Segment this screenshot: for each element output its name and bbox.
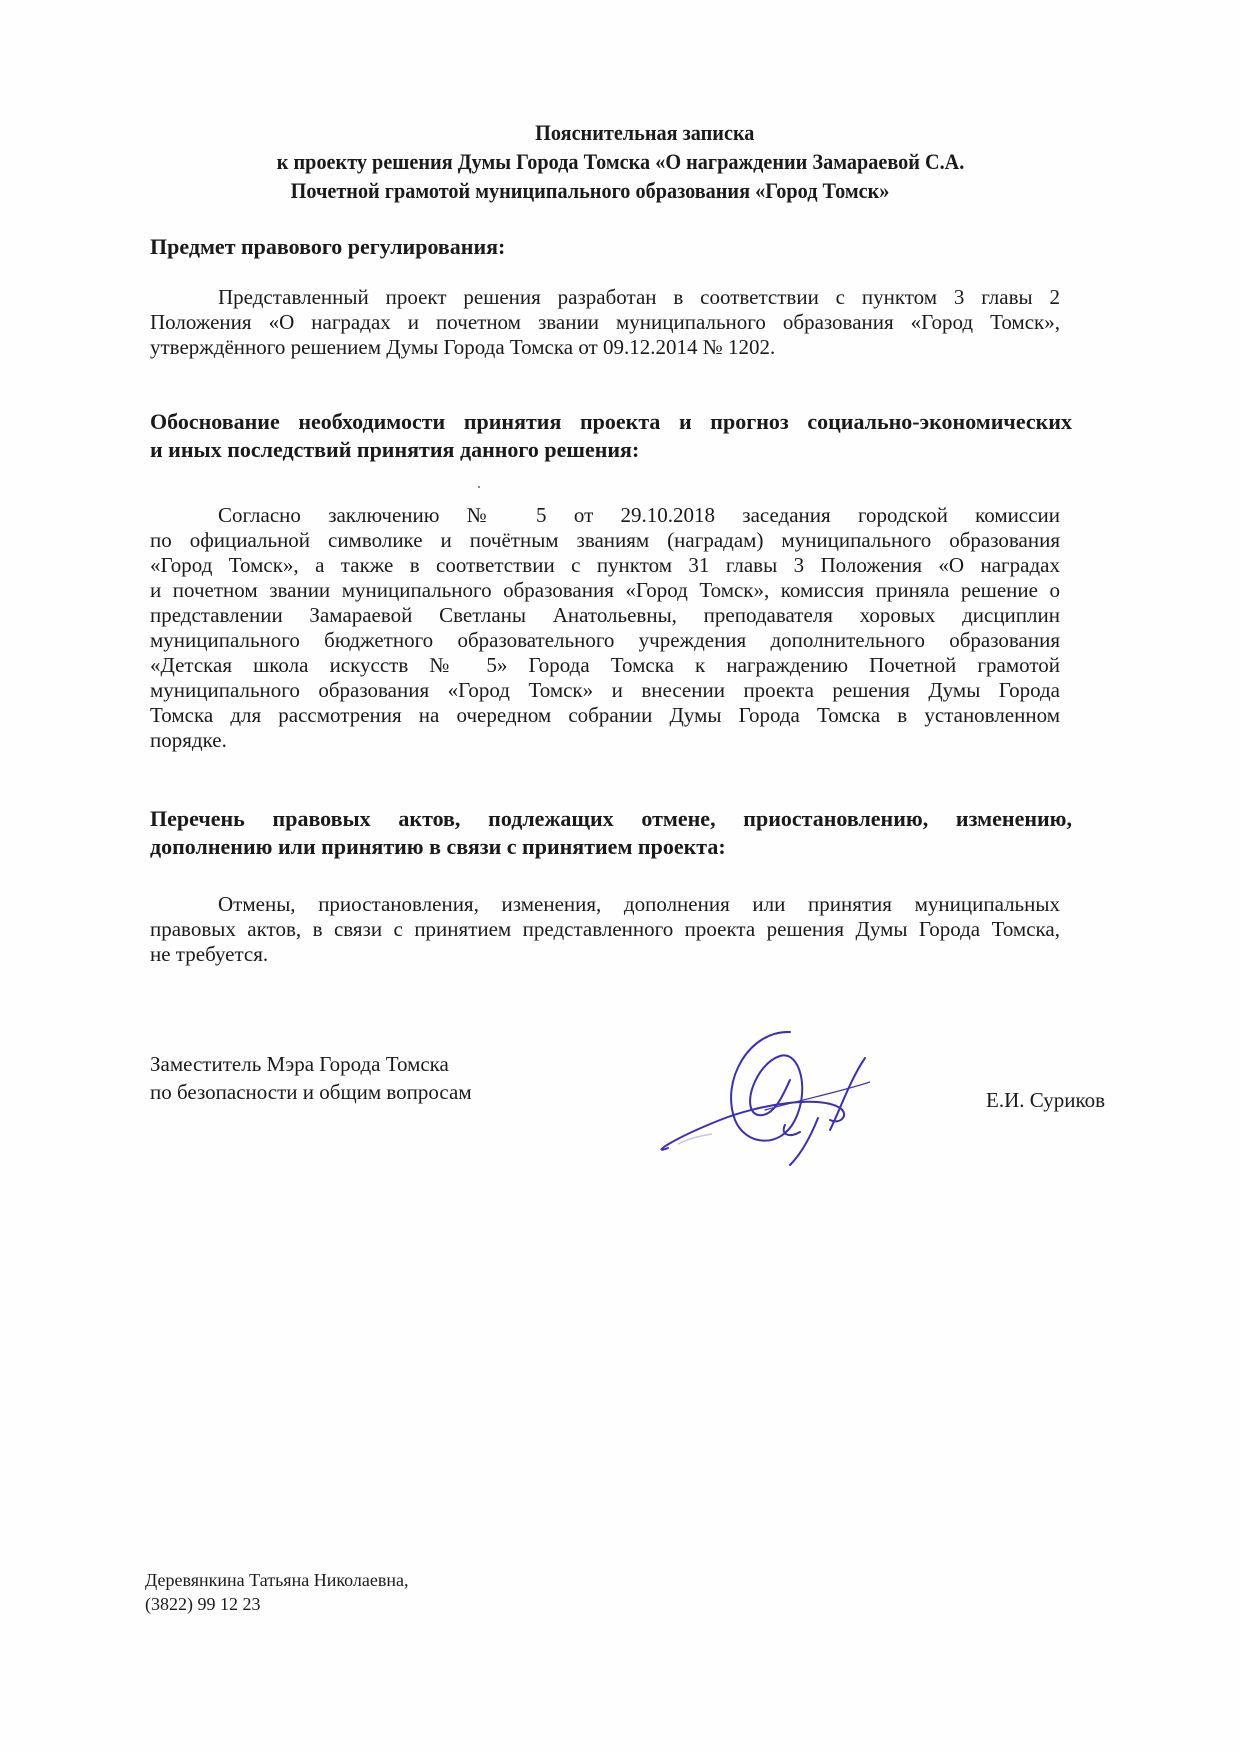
paragraph-line: Отмены, приостановления, изменения, допо… — [150, 892, 1060, 917]
title-line-2: к проекту решения Думы Города Томска «О … — [240, 147, 1040, 176]
section-heading-justification: Обоснование необходимости принятия проек… — [150, 408, 1072, 464]
paragraph-line: «Детская школа искусств № 5» Города Томс… — [150, 653, 1060, 678]
paragraph-line: правовых актов, в связи с принятием пред… — [150, 917, 1060, 942]
paragraph-line: порядке. — [150, 728, 1060, 753]
document-page: Пояснительная записка к проекту решения … — [0, 0, 1240, 1753]
section-paragraph-legal-acts: Отмены, приостановления, изменения, допо… — [150, 892, 1060, 967]
paragraph-line: Согласно заключению № 5 от 29.10.2018 за… — [150, 503, 1060, 528]
paragraph-line: утверждённого решением Думы Города Томск… — [150, 335, 1060, 360]
paragraph-line: и почетном звании муниципального образов… — [150, 578, 1060, 603]
signatory-position: Заместитель Мэра Города Томска по безопа… — [150, 1050, 472, 1106]
section-heading-legal-acts: Перечень правовых актов, подлежащих отме… — [150, 805, 1072, 861]
heading-line: Обоснование необходимости принятия проек… — [150, 408, 1072, 436]
title-line-1: Пояснительная записка — [240, 118, 1040, 147]
contact-block: Деревянкина Татьяна Николаевна, (3822) 9… — [145, 1568, 409, 1616]
contact-name: Деревянкина Татьяна Николаевна, — [145, 1568, 409, 1592]
paragraph-line: Томска для рассмотрения на очередном соб… — [150, 703, 1060, 728]
section-paragraph-subject: Представленный проект решения разработан… — [150, 285, 1060, 360]
section-paragraph-justification: Согласно заключению № 5 от 29.10.2018 за… — [150, 503, 1060, 753]
signatory-name: Е.И. Суриков — [986, 1088, 1105, 1113]
heading-line: Предмет правового регулирования: — [150, 234, 505, 259]
section-heading-subject: Предмет правового регулирования: — [150, 233, 505, 261]
paragraph-line: Представленный проект решения разработан… — [150, 285, 1060, 310]
heading-line: дополнению или принятию в связи с принят… — [150, 833, 1072, 861]
paragraph-line: не требуется. — [150, 942, 1060, 967]
paragraph-line: Положения «О наградах и почетном звании … — [150, 310, 1060, 335]
position-line-1: Заместитель Мэра Города Томска — [150, 1050, 472, 1078]
scan-speck — [478, 486, 480, 488]
contact-phone: (3822) 99 12 23 — [145, 1592, 409, 1616]
paragraph-line: муниципального бюджетного образовательно… — [150, 628, 1060, 653]
paragraph-line: по официальной символике и почётным зван… — [150, 528, 1060, 553]
document-title: Пояснительная записка к проекту решения … — [240, 118, 1040, 205]
title-line-3: Почетной грамотой муниципального образов… — [240, 176, 1040, 205]
paragraph-line: представлении Замараевой Светланы Анатол… — [150, 603, 1060, 628]
position-line-2: по безопасности и общим вопросам — [150, 1078, 472, 1106]
heading-line: и иных последствий принятия данного реше… — [150, 436, 1072, 464]
handwritten-signature-icon — [640, 1020, 870, 1170]
paragraph-line: муниципального образования «Город Томск»… — [150, 678, 1060, 703]
paragraph-line: «Город Томск», а также в соответствии с … — [150, 553, 1060, 578]
heading-line: Перечень правовых актов, подлежащих отме… — [150, 805, 1072, 833]
